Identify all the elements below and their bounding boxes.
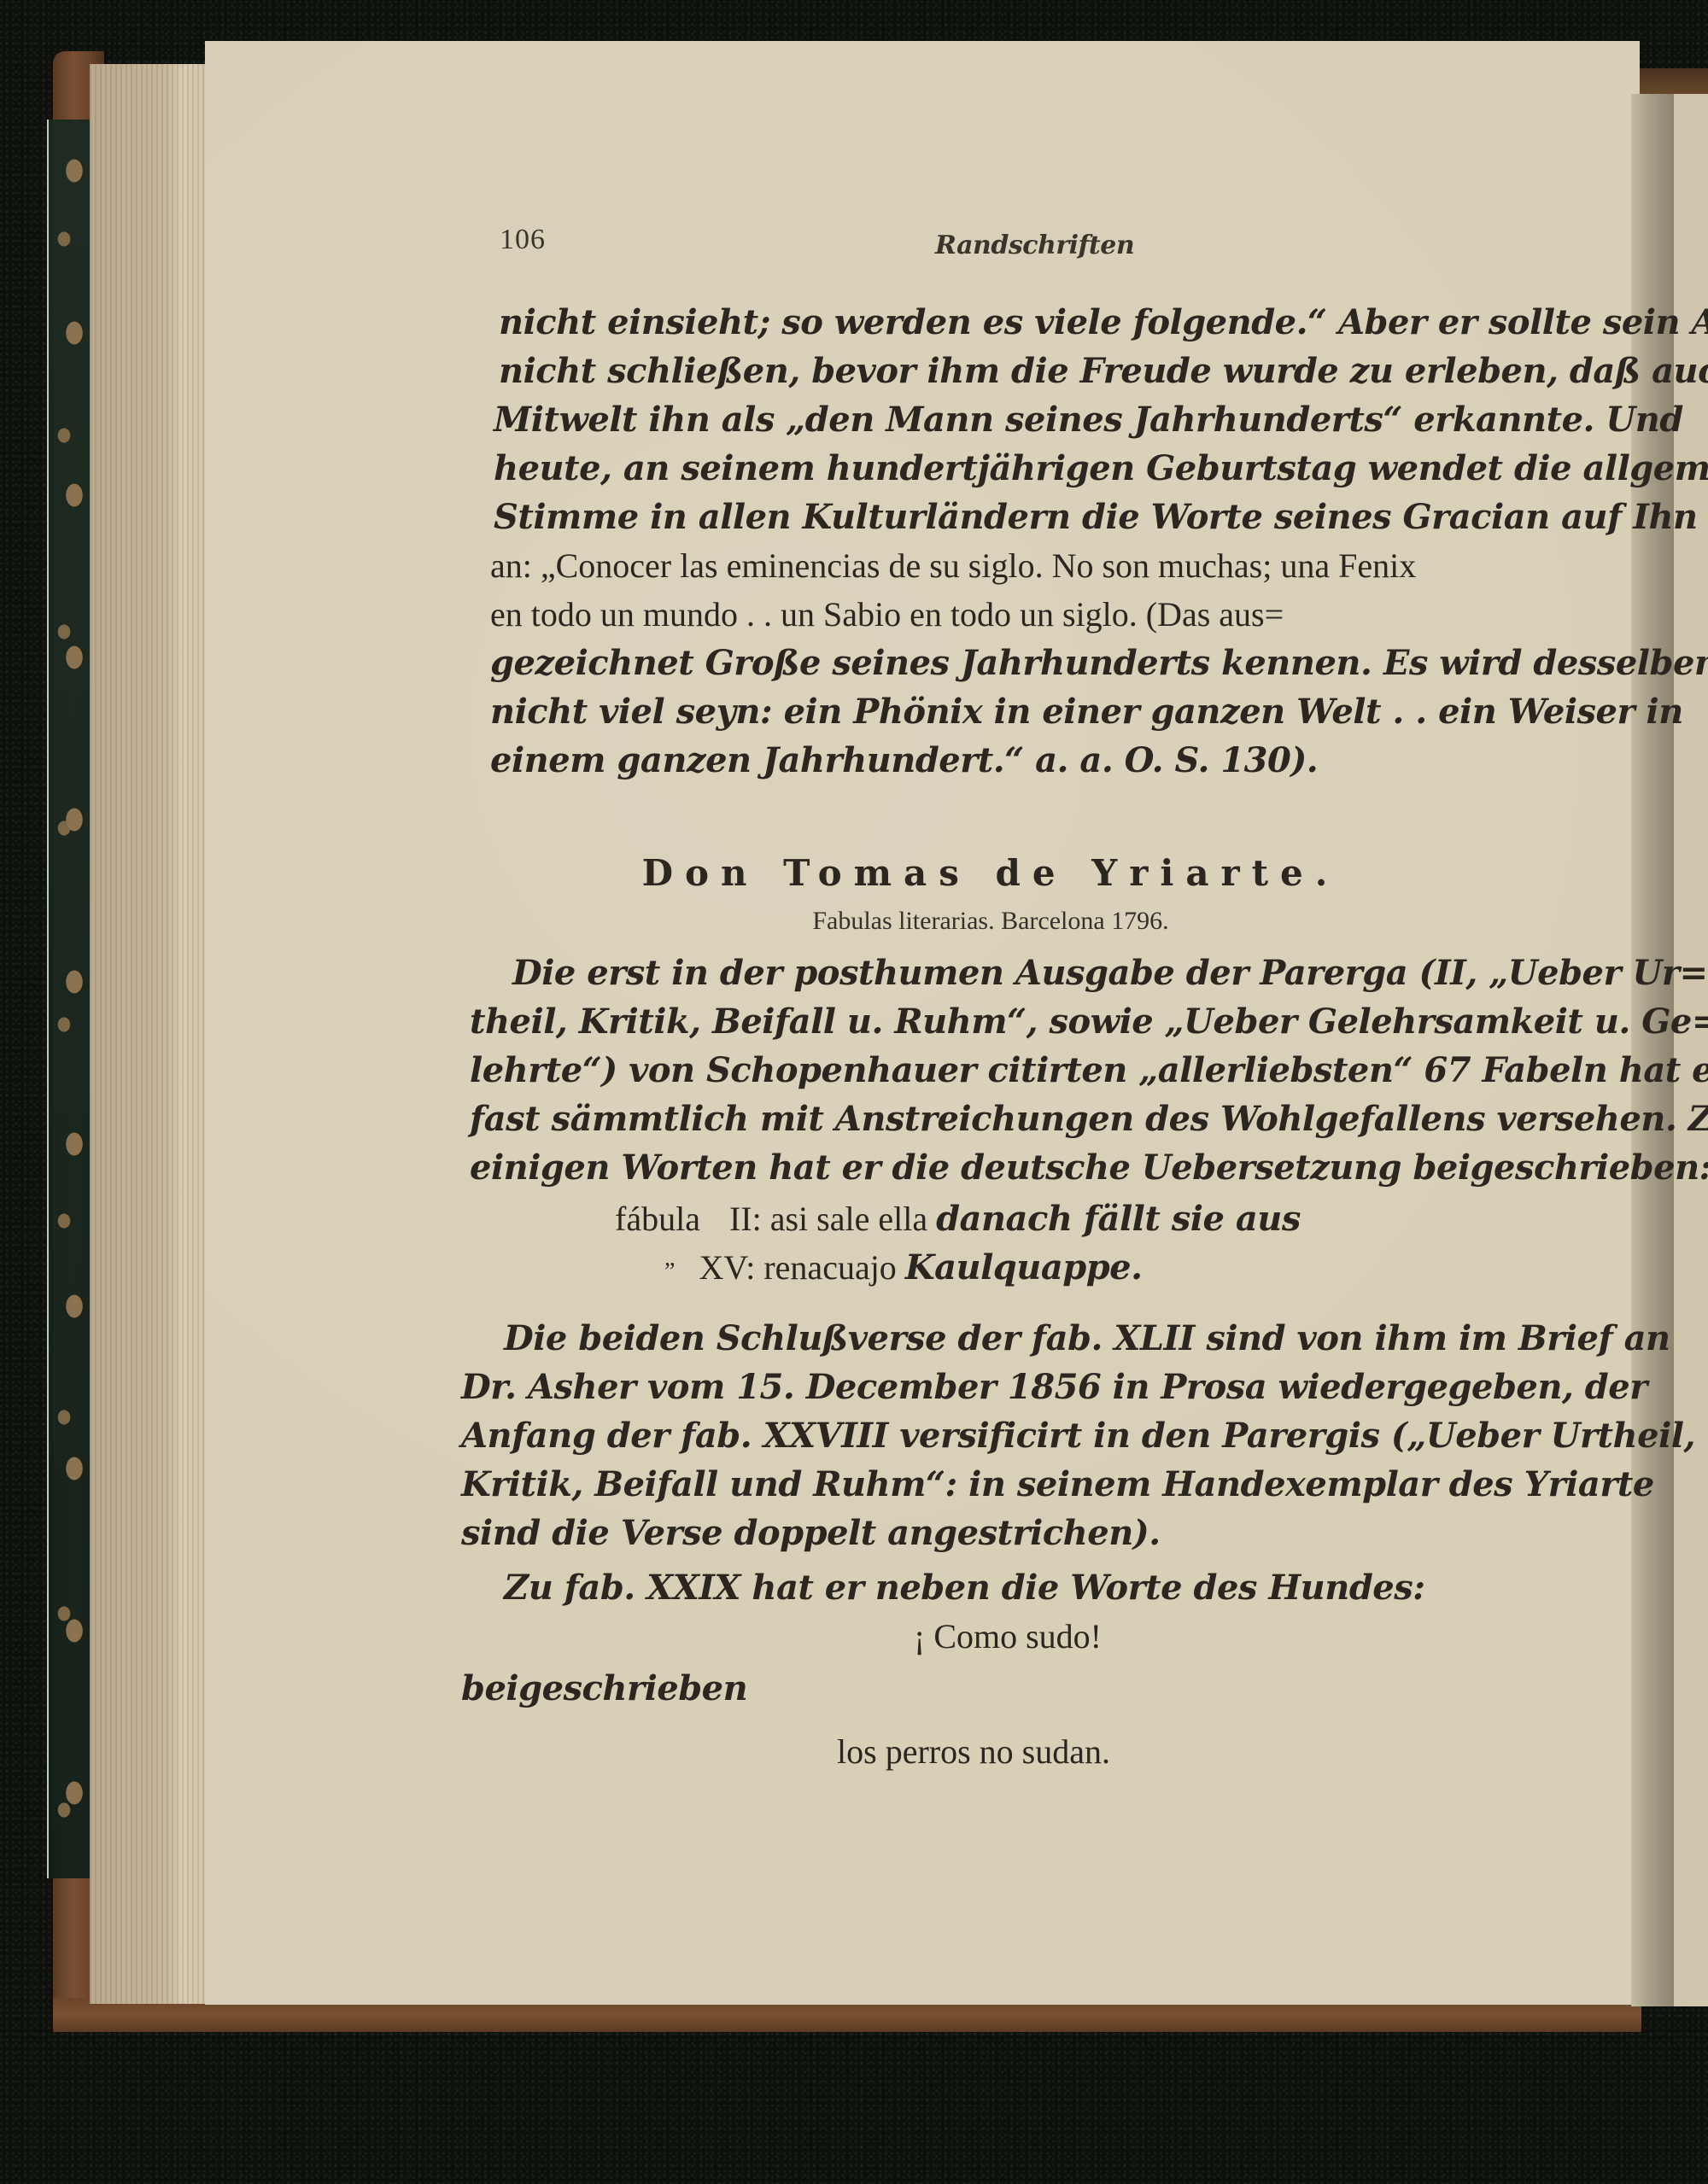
gloss-item: fábula II: asi sale ella danach fällt si…	[615, 1195, 1301, 1243]
text-line: lehrte“) von Schopenhauer citirten „alle…	[470, 1047, 1708, 1095]
text-line: heute, an seinem hundertjährigen Geburts…	[494, 445, 1708, 493]
text-line: sind die Verse doppelt angestrichen).	[461, 1510, 1161, 1557]
gloss-numeral: II:	[729, 1200, 762, 1238]
text-line: Die beiden Schlußverse der fab. XLII sin…	[504, 1315, 1670, 1363]
section-heading: Don Tomas de Yriarte.	[461, 852, 1520, 894]
text-line: einem ganzen Jahrhundert.“ a. a. O. S. 1…	[490, 737, 1318, 785]
text-line: einigen Worten hat er die deutsche Ueber…	[470, 1144, 1708, 1192]
running-title: Randschriften	[935, 231, 1134, 260]
gloss-spanish: renacuajo	[763, 1248, 896, 1287]
gloss-german: danach fällt sie aus	[936, 1199, 1301, 1239]
marbled-endpaper	[47, 120, 90, 1878]
gloss-label: ”	[664, 1258, 675, 1285]
text-line: Stimme in allen Kulturländern die Worte …	[494, 493, 1698, 541]
text-line: Die erst in der posthumen Ausgabe der Pa…	[512, 949, 1707, 997]
running-head: 106 Randschriften	[500, 224, 1524, 266]
paragraph-3: Zu fab. XXIX hat er neben die Worte des …	[504, 1564, 1425, 1612]
text-line: nicht einsieht; so werden es viele folge…	[499, 299, 1708, 347]
text-line: Dr. Asher vom 15. December 1856 in Prosa…	[461, 1364, 1647, 1411]
text-line: en todo un mundo . . un Sabio en todo un…	[490, 591, 1284, 639]
text-line: nicht viel seyn: ein Phönix in einer gan…	[490, 688, 1683, 736]
annotation-label: beigeschrieben	[461, 1665, 747, 1713]
gloss-label: fábula	[615, 1200, 700, 1238]
text-line: Mitwelt ihn als „den Mann seines Jahrhun…	[494, 396, 1683, 444]
text-line: theil, Kritik, Beifall u. Ruhm“, sowie „…	[470, 998, 1708, 1046]
text-line: nicht schließen, bevor ihm die Freude wu…	[499, 347, 1708, 395]
text-line: gezeichnet Große seines Jahrhunderts ken…	[490, 639, 1708, 687]
gloss-spanish: asi sale ella	[770, 1200, 927, 1238]
section-subheading: Fabulas literarias. Barcelona 1796.	[461, 907, 1520, 936]
text-line: Kritik, Beifall und Ruhm“: in seinem Han…	[461, 1461, 1654, 1509]
text-line: fast sämmtlich mit Anstreichungen des Wo…	[470, 1095, 1708, 1143]
page-number: 106	[500, 224, 546, 256]
gloss-item: ” XV: renacuajo Kaulquappe.	[664, 1244, 1143, 1296]
text-line: Anfang der fab. XXVIII versificirt in de…	[461, 1412, 1695, 1460]
text-line: an: „Conocer las eminencias de su siglo.…	[490, 542, 1416, 590]
gloss-german: Kaulquappe.	[905, 1247, 1143, 1288]
quote-line: ¡ Como sudo!	[478, 1616, 1537, 1656]
gloss-numeral: XV:	[699, 1248, 755, 1287]
annotation-line: los perros no sudan.	[444, 1731, 1503, 1772]
